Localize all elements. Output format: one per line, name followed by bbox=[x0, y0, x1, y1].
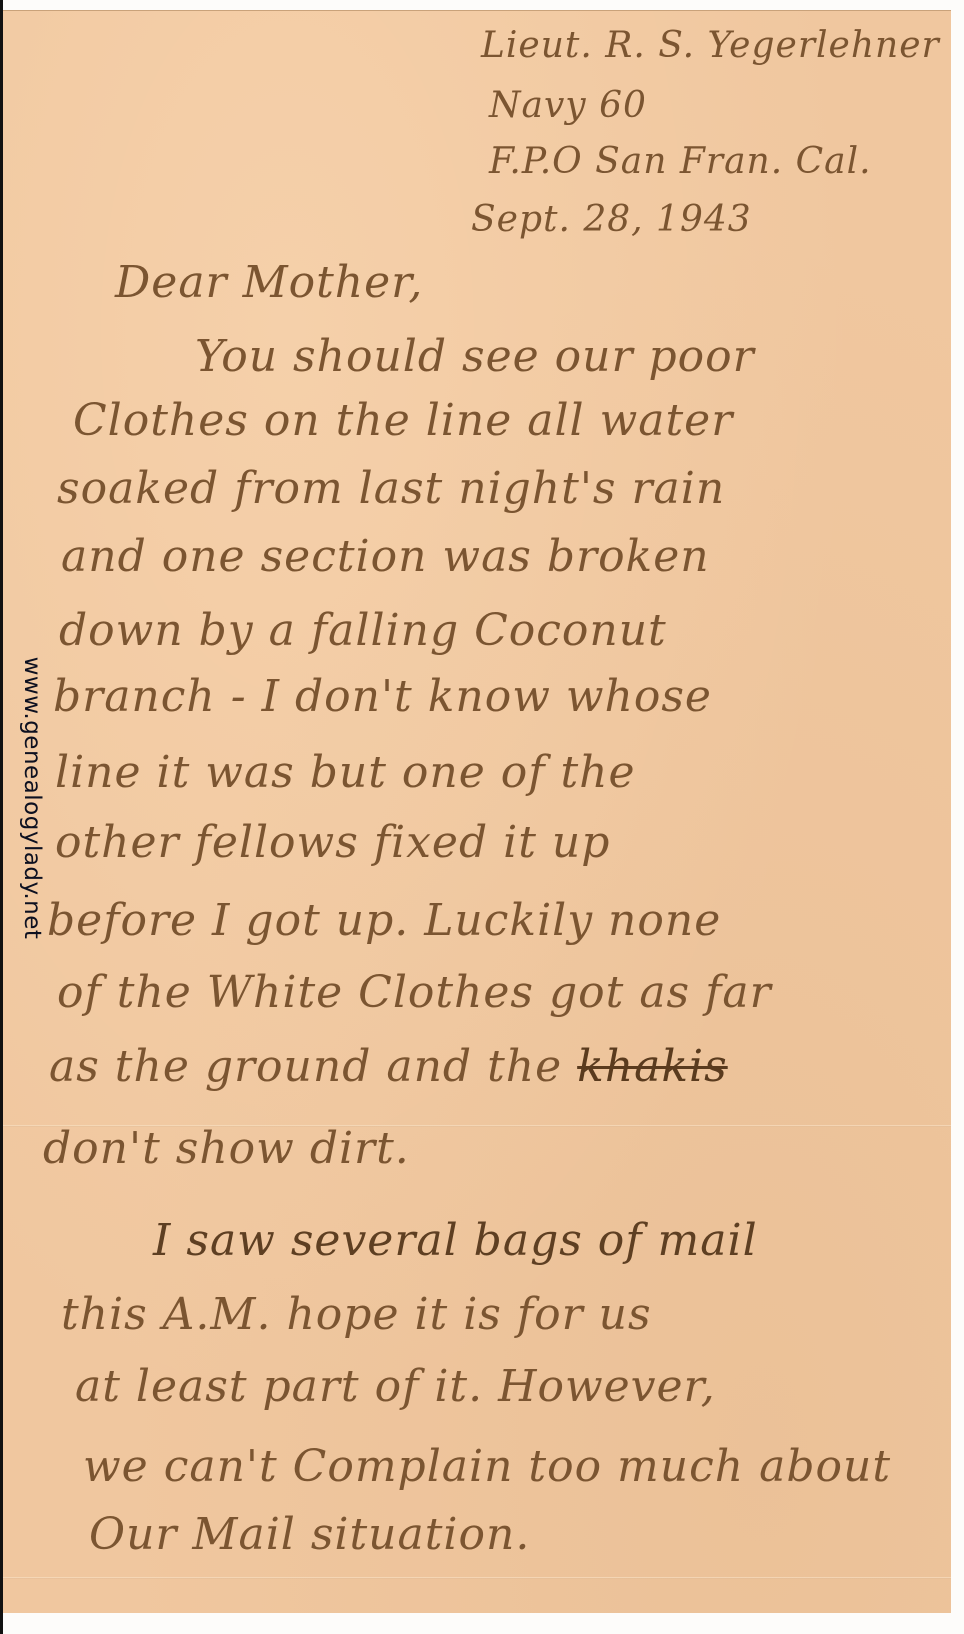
sender-name: Lieut. R. S. Yegerlehner bbox=[481, 25, 940, 66]
sender-unit: Navy 60 bbox=[489, 85, 647, 126]
letter-line: I saw several bags of mail bbox=[153, 1215, 758, 1266]
letter-line: before I got up. Luckily none bbox=[47, 895, 721, 946]
letter-line: and one section was broken bbox=[61, 531, 710, 582]
watermark-text: www.genealogylady.net bbox=[19, 657, 45, 940]
letter-line: as the ground and the khakis bbox=[49, 1041, 728, 1092]
letter-line: we can't Complain too much about bbox=[83, 1441, 891, 1492]
sender-address: F.P.O San Fran. Cal. bbox=[489, 141, 872, 182]
letter-line: Clothes on the line all water bbox=[73, 395, 733, 446]
letter-paper: www.genealogylady.net Lieut. R. S. Yeger… bbox=[3, 10, 951, 1613]
struck-word: khakis bbox=[577, 1041, 728, 1092]
fold-line bbox=[3, 1577, 951, 1579]
letter-line: down by a falling Coconut bbox=[59, 605, 667, 656]
letter-line-text: as the ground and the bbox=[49, 1041, 562, 1092]
letter-line: this A.M. hope it is for us bbox=[61, 1289, 652, 1340]
watermark: www.genealogylady.net bbox=[17, 623, 47, 973]
letter-line: of the White Clothes got as far bbox=[57, 967, 772, 1018]
letter-line: don't show dirt. bbox=[43, 1123, 410, 1174]
salutation: Dear Mother, bbox=[115, 257, 423, 308]
letter-line: at least part of it. However, bbox=[75, 1361, 716, 1412]
letter-line: line it was but one of the bbox=[55, 747, 636, 798]
letter-line: You should see our poor bbox=[195, 331, 755, 382]
letter-line: branch - I don't know whose bbox=[53, 671, 712, 722]
letter-line: soaked from last night's rain bbox=[57, 463, 725, 514]
letter-date: Sept. 28, 1943 bbox=[471, 199, 752, 240]
letter-line: Our Mail situation. bbox=[89, 1509, 530, 1560]
letter-line: other fellows fixed it up bbox=[55, 817, 610, 868]
